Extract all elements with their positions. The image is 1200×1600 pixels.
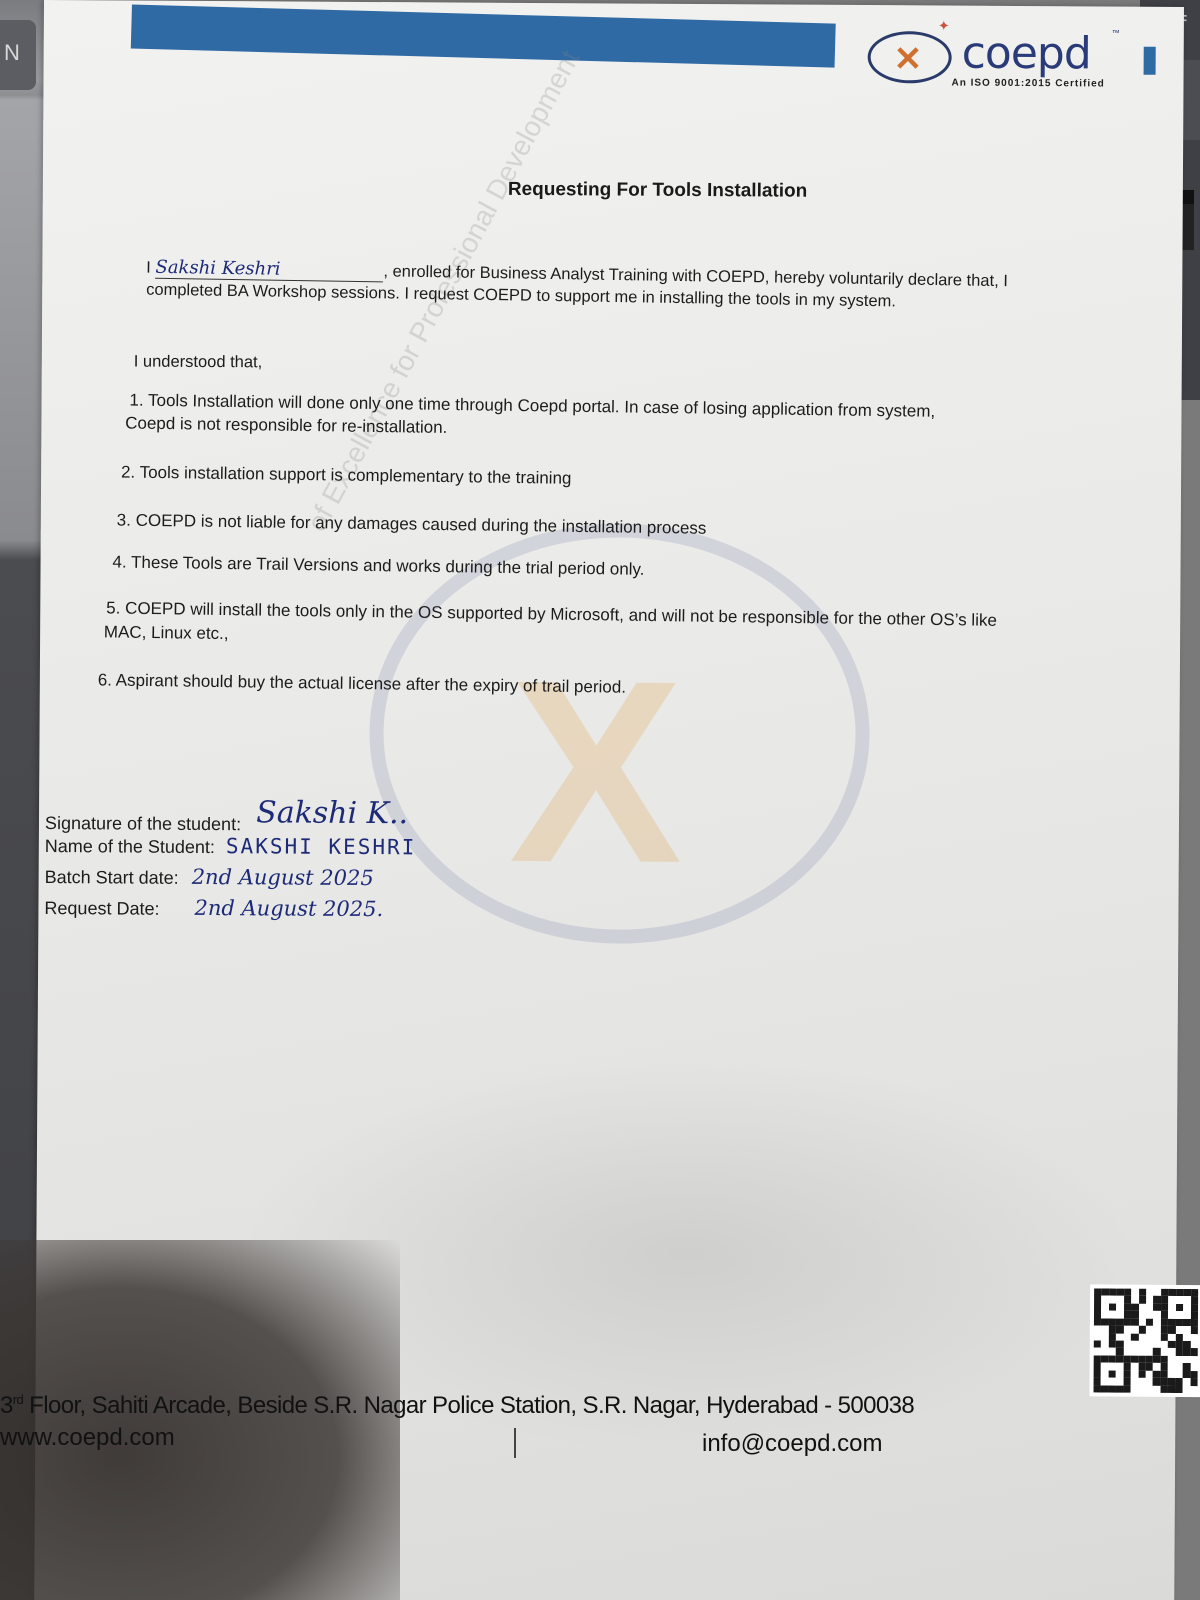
condition-item: 5. COEPD will install the tools only in …	[106, 598, 997, 654]
item-text: Tools installation support is complement…	[140, 463, 572, 488]
item-number: 2.	[121, 462, 135, 481]
item-number: 4.	[112, 552, 126, 571]
paper-document: ✕ ✦ coepd ™ An ISO 9001:2015 Certified X…	[34, 0, 1184, 1600]
condition-item: 1. Tools Installation will done only one…	[129, 391, 935, 445]
condition-item: 6. Aspirant should buy the actual licens…	[98, 670, 627, 697]
signature-section: Signature of the student: Sakshi K.. Nam…	[44, 802, 416, 928]
handwritten-request-date: 2nd August 2025.	[194, 896, 383, 921]
intro-prefix: I	[146, 259, 151, 277]
condition-item: 4. These Tools are Trail Versions and wo…	[112, 552, 644, 579]
iso-certification: An ISO 9001:2015 Certified	[951, 78, 1104, 90]
address-floor-suffix: rd	[13, 1392, 23, 1407]
keyboard-key-label: N	[4, 40, 20, 66]
handwritten-student-name-caps: SAKSHI KESHRI	[226, 834, 417, 859]
address-text: Floor, Sahiti Arcade, Beside S.R. Nagar …	[23, 1392, 914, 1419]
condition-item: 3. COEPD is not liable for any damages c…	[117, 510, 707, 538]
coepd-logo: ✕ ✦ coepd ™ An ISO 9001:2015 Certified	[849, 13, 1149, 95]
handwritten-signature: Sakshi K..	[256, 795, 408, 831]
understood-heading: I understood that,	[134, 353, 263, 373]
qr-code-icon	[1089, 1284, 1200, 1397]
logo-sparkle-icon: ✦	[938, 17, 950, 34]
batch-start-row: Batch Start date: 2nd August 2025	[45, 864, 417, 897]
item-text: Aspirant should buy the actual license a…	[116, 671, 627, 697]
brand-name: coepd	[962, 28, 1091, 80]
item-text: These Tools are Trail Versions and works…	[131, 553, 645, 579]
footer-address: 3rd Floor, Sahiti Arcade, Beside S.R. Na…	[0, 1392, 914, 1420]
handwritten-batch-date: 2nd August 2025	[192, 865, 374, 890]
footer-email[interactable]: info@coepd.com	[702, 1430, 882, 1458]
watermark-ring	[368, 522, 871, 945]
document-title: Requesting For Tools Installation	[508, 179, 808, 203]
item-number: 5.	[106, 598, 120, 617]
footer-divider	[514, 1428, 516, 1458]
batch-start-label: Batch Start date:	[45, 867, 179, 889]
item-number: 3.	[117, 510, 131, 529]
request-date-label: Request Date:	[44, 898, 159, 920]
student-name-row: Name of the Student: SAKSHI KESHRI	[45, 833, 417, 866]
watermark-x-icon: X	[508, 623, 683, 923]
footer-website[interactable]: www.coepd.com	[0, 1424, 175, 1452]
signature-label: Signature of the student:	[45, 813, 241, 835]
item-number: 6.	[98, 670, 112, 689]
item-number: 1.	[129, 391, 143, 410]
letterhead-blue-bar	[131, 5, 836, 68]
item-text: COEPD is not liable for any damages caus…	[136, 511, 707, 538]
logo-x-figure-icon: ✕	[894, 39, 923, 79]
trademark: ™	[1112, 29, 1120, 38]
condition-item: 2. Tools installation support is complem…	[121, 462, 572, 488]
request-date-row: Request Date: 2nd August 2025.	[44, 895, 416, 928]
handwritten-student-name: Sakshi Keshri	[155, 257, 383, 283]
keyboard-key: N	[0, 20, 36, 90]
student-name-label: Name of the Student:	[45, 836, 215, 858]
signature-row: Signature of the student: Sakshi K..	[45, 802, 417, 835]
address-floor: 3	[0, 1392, 13, 1419]
